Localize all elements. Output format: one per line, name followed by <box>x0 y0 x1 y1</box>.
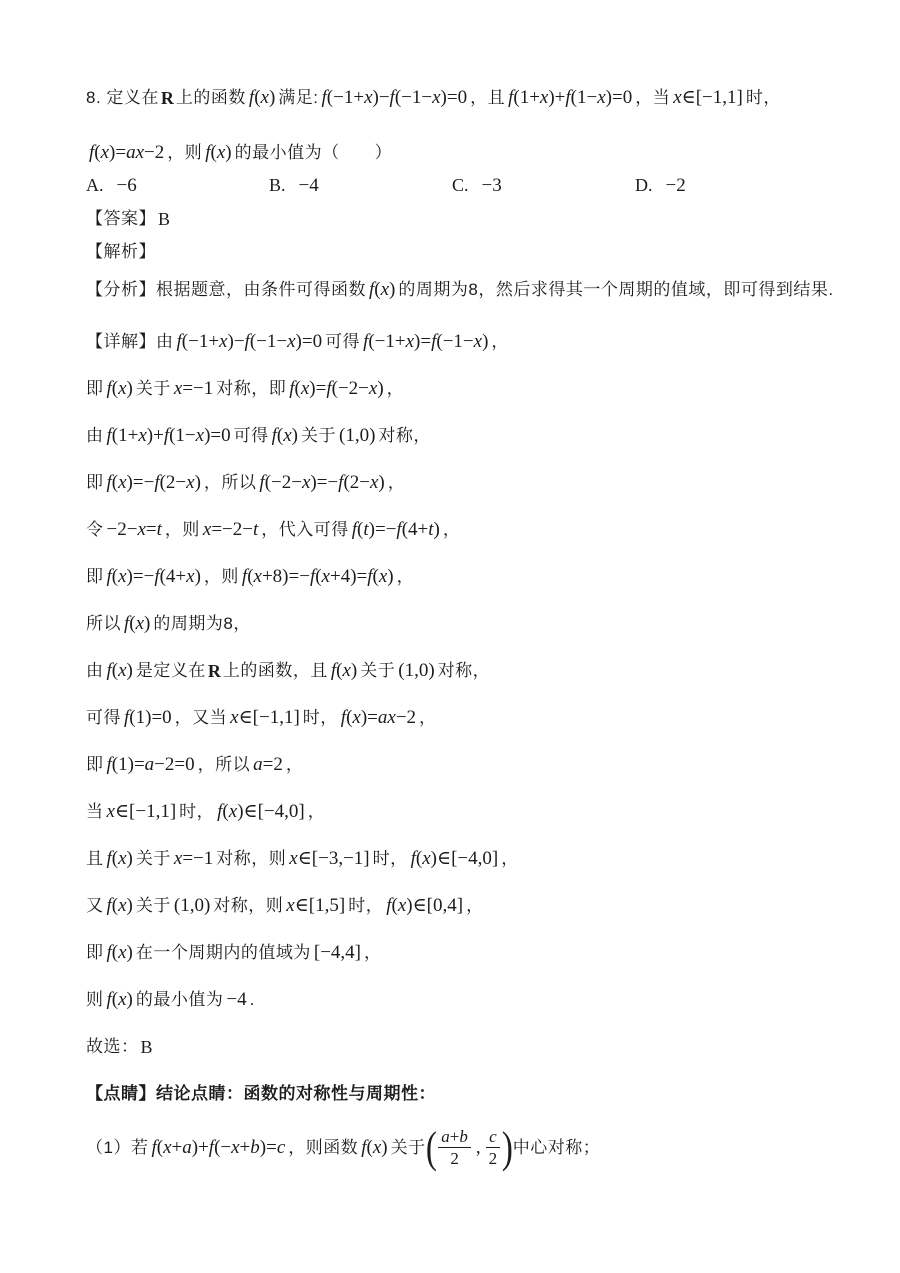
text-run: 关于 <box>391 1137 426 1158</box>
text-run: 由 <box>86 660 104 681</box>
document-page: 8. 定义在R上的函数f(x)满足: f(−1+x)−f(−1−x)=0，且f(… <box>0 0 900 1273</box>
text-run: 时， <box>179 801 214 822</box>
text-run: ，所以 <box>204 472 257 493</box>
big-paren: ( <box>425 1128 436 1168</box>
options-row: A.−6B.−4C.−3D.−2 <box>86 172 845 200</box>
option-value: −3 <box>482 174 502 198</box>
math-run: f(x) <box>107 659 133 683</box>
text-run: 【详解】由 <box>86 331 174 352</box>
text-run: 可得 <box>325 331 360 352</box>
question-line-2: f(x)=ax−2，则f(x)的最小值为（ ） <box>86 139 845 167</box>
text-run: ， <box>387 378 405 399</box>
text-run: 所以 <box>86 613 121 634</box>
text-run: 时， <box>373 848 408 869</box>
math-run: f(x) <box>272 424 298 448</box>
option-C: C.−3 <box>452 174 635 198</box>
overview-line: 【分析】根据题意，由条件可得函数f(x)的周期为8，然后求得其一个周期的值域，即… <box>86 276 845 304</box>
math-run: f(x) <box>107 894 133 918</box>
text-run: 对称，则 <box>216 848 286 869</box>
text-run: 即 <box>86 942 104 963</box>
text-run: 【分析】根据题意，由条件可得函数 <box>86 279 366 300</box>
fraction: c2 <box>486 1127 501 1168</box>
math-run: f(x) <box>107 847 133 871</box>
math-run: f(x)=ax−2 <box>89 141 164 165</box>
math-run: f(x)=f(−2−x) <box>289 377 383 401</box>
solution-line: 令−2−x=t，则x=−2−t，代入可得f(t)=−f(4+t)， <box>86 516 845 544</box>
text-run: 的周期为8， <box>153 613 250 634</box>
math-run: f(x) <box>107 988 133 1012</box>
math-run: f(−1+x)−f(−1−x)=0 <box>322 86 468 110</box>
math-run: (1,0) <box>339 424 375 448</box>
math-run: f(t)=−f(4+t) <box>352 518 440 542</box>
solution-line: 即f(x)在一个周期内的值域为[−4,4]， <box>86 939 845 967</box>
text-run: ，当 <box>635 87 670 108</box>
math-run: f(x)∈[−4,0] <box>217 800 305 824</box>
option-label: A. <box>86 174 104 197</box>
option-B: B.−4 <box>269 174 452 198</box>
solution-line: 即f(x)=−f(4+x)，则f(x+8)=−f(x+4)=f(x)， <box>86 563 845 591</box>
text-run: ，则 <box>204 566 239 587</box>
text-run: 是定义在 <box>136 660 206 681</box>
solution-line: 【详解】由f(−1+x)−f(−1−x)=0可得f(−1+x)=f(−1−x)， <box>86 328 845 356</box>
analysis-label-line: 【解析】 <box>86 238 845 266</box>
solution-line: 则f(x)的最小值为−4. <box>86 986 845 1014</box>
solution-line: 且f(x)关于x=−1对称，则x∈[−3,−1]时，f(x)∈[−4,0]， <box>86 845 845 873</box>
text-run: 8. 定义在 <box>86 87 159 108</box>
math-run: f(x) <box>369 278 395 302</box>
option-label: B. <box>269 174 286 197</box>
text-run: ， <box>364 942 382 963</box>
bold-symbol: R <box>208 660 221 683</box>
math-run: −2−x=t <box>107 518 162 542</box>
text-run: 关于 <box>136 895 171 916</box>
math-run: x∈[−1,1] <box>230 706 300 730</box>
text-run: ，则 <box>167 142 202 163</box>
math-run: x∈[−3,−1] <box>289 847 369 871</box>
math-run: f(x) <box>331 659 357 683</box>
text-run: ， <box>466 895 484 916</box>
text-run: 【点睛】结论点睛：函数的对称性与周期性： <box>86 1083 436 1104</box>
fraction-denominator: 2 <box>486 1147 501 1169</box>
option-value: −6 <box>117 174 137 198</box>
text-run: 关于 <box>136 378 171 399</box>
text-run: ，则函数 <box>288 1137 358 1158</box>
option-label: C. <box>452 174 469 197</box>
text-run: 对称， <box>438 660 491 681</box>
math-run: f(x)=ax−2 <box>341 706 416 730</box>
math-run: (1,0) <box>174 894 210 918</box>
text-run: ，又当 <box>175 707 228 728</box>
option-value: −2 <box>666 174 686 198</box>
fraction-numerator: c <box>486 1127 500 1147</box>
text-run: 令 <box>86 519 104 540</box>
text-run: 又 <box>86 895 104 916</box>
math-run: f(x+8)=−f(x+4)=f(x) <box>242 565 394 589</box>
text-run: 可得 <box>234 425 269 446</box>
text-run: 故选： <box>86 1036 139 1057</box>
text-run: ， <box>443 519 461 540</box>
text-run: 对称，即 <box>216 378 286 399</box>
document-body: 8. 定义在R上的函数f(x)满足: f(−1+x)−f(−1−x)=0，且f(… <box>86 84 845 1168</box>
text-run: 上的函数，且 <box>223 660 328 681</box>
text-run: 【解析】 <box>86 241 156 262</box>
math-run: [−4,4] <box>314 941 361 965</box>
roman-run: B <box>141 1036 153 1059</box>
text-run: 可得 <box>86 707 121 728</box>
math-run: x=−1 <box>174 377 213 401</box>
text-run: ，代入可得 <box>261 519 349 540</box>
text-run: 的最小值为 <box>136 989 224 1010</box>
answer-line: 【答案】B <box>86 205 845 233</box>
math-run: f(x) <box>107 941 133 965</box>
solution-line: 由f(1+x)+f(1−x)=0可得f(x)关于(1,0)对称， <box>86 422 845 450</box>
math-run: f(x)=−f(4+x) <box>107 565 201 589</box>
text-run: 时， <box>303 707 338 728</box>
option-A: A.−6 <box>86 174 269 198</box>
text-run: 满足: <box>278 87 318 108</box>
text-run: 【答案】 <box>86 208 156 229</box>
text-run: 即 <box>86 566 104 587</box>
question-line-1: 8. 定义在R上的函数f(x)满足: f(−1+x)−f(−1−x)=0，且f(… <box>86 84 845 112</box>
fraction-denominator: 2 <box>438 1147 471 1169</box>
solution-line: 当x∈[−1,1]时，f(x)∈[−4,0]， <box>86 798 845 826</box>
text-run: 的周期为8，然后求得其一个周期的值域，即可得到结果. <box>398 279 833 300</box>
math-run: f(1+x)+f(1−x)=0 <box>107 424 231 448</box>
math-run: −4 <box>226 988 246 1012</box>
solution-line: 即f(1)=a−2=0，所以a=2， <box>86 751 845 779</box>
math-run: x∈[−1,1] <box>673 86 743 110</box>
fraction: a+b2 <box>438 1127 471 1168</box>
math-run: f(x) <box>361 1136 387 1160</box>
big-paren: ) <box>502 1128 513 1168</box>
text-run: 时， <box>746 87 781 108</box>
option-D: D.−2 <box>635 174 689 198</box>
text-run: 时， <box>348 895 383 916</box>
text-run: ，所以 <box>198 754 251 775</box>
roman-run: B <box>158 208 170 231</box>
text-run: 对称， <box>378 425 431 446</box>
text-run: ， <box>388 472 406 493</box>
math-run: f(x) <box>107 377 133 401</box>
text-run: 关于 <box>360 660 395 681</box>
option-value: −4 <box>299 174 319 198</box>
math-run: x=−2−t <box>203 518 258 542</box>
solution-line: 即f(x)关于x=−1对称，即f(x)=f(−2−x)， <box>86 375 845 403</box>
text-run: ，且 <box>470 87 505 108</box>
text-run: （1）若 <box>86 1137 148 1158</box>
text-run: 在一个周期内的值域为 <box>136 942 311 963</box>
solution-line: 由f(x)是定义在R上的函数，且f(x)关于(1,0)对称， <box>86 657 845 685</box>
text-run: ， <box>286 754 304 775</box>
solution-line: 所以f(x)的周期为8， <box>86 610 845 638</box>
bold-symbol: R <box>161 87 174 110</box>
conclusion-line: 故选：B <box>86 1033 845 1061</box>
text-run: 关于 <box>301 425 336 446</box>
fraction-numerator: a+b <box>438 1127 471 1147</box>
text-run: 由 <box>86 425 104 446</box>
text-run: ， <box>501 848 519 869</box>
option-label: D. <box>635 174 653 197</box>
text-run: ， <box>397 566 415 587</box>
keypoint-line: 【点睛】结论点睛：函数的对称性与周期性： <box>86 1080 845 1108</box>
math-run: x=−1 <box>174 847 213 871</box>
math-run: f(x) <box>124 612 150 636</box>
math-run: f(x)∈[−4,0] <box>411 847 499 871</box>
math-run: (1,0) <box>398 659 434 683</box>
text-run: 当 <box>86 801 104 822</box>
solution-line: 可得f(1)=0，又当x∈[−1,1]时，f(x)=ax−2， <box>86 704 845 732</box>
text-run: 关于 <box>136 848 171 869</box>
math-run: f(1)=a−2=0 <box>107 753 195 777</box>
math-run: f(1)=0 <box>124 706 172 730</box>
math-run: f(x+a)+f(−x+b)=c <box>151 1136 285 1160</box>
math-run: f(−1+x)=f(−1−x) <box>363 330 488 354</box>
math-run: f(x) <box>249 86 275 110</box>
text-run: 且 <box>86 848 104 869</box>
text-run: 则 <box>86 989 104 1010</box>
text-run: ，则 <box>165 519 200 540</box>
text-run: ， <box>308 801 326 822</box>
math-run: x∈[−1,1] <box>107 800 177 824</box>
math-run: f(−1+x)−f(−1−x)=0 <box>177 330 323 354</box>
text-run: ， <box>419 707 437 728</box>
text-run: 中心对称； <box>513 1137 601 1158</box>
math-run: f(x) <box>205 141 231 165</box>
keypoint-item-line: （1）若f(x+a)+f(−x+b)=c，则函数f(x)关于(a+b2,c2)中… <box>86 1127 845 1168</box>
math-run: f(x)∈[0,4] <box>386 894 463 918</box>
math-run: f(1+x)+f(1−x)=0 <box>508 86 632 110</box>
math-run: f(x)=−f(2−x) <box>107 471 201 495</box>
solution-line: 又f(x)关于(1,0)对称，则x∈[1,5]时，f(x)∈[0,4]， <box>86 892 845 920</box>
text-run: 即 <box>86 754 104 775</box>
math-run: f(−2−x)=−f(2−x) <box>259 471 384 495</box>
text-run: ， <box>491 331 509 352</box>
text-run: 对称，则 <box>213 895 283 916</box>
solution-line: 即f(x)=−f(2−x)，所以f(−2−x)=−f(2−x)， <box>86 469 845 497</box>
math-run: , <box>476 1136 481 1160</box>
math-run: a=2 <box>253 753 283 777</box>
text-run: 即 <box>86 378 104 399</box>
text-run: 即 <box>86 472 104 493</box>
text-run: 上的函数 <box>176 87 246 108</box>
math-run: x∈[1,5] <box>286 894 345 918</box>
text-run: 的最小值为（ ） <box>235 142 393 163</box>
text-run: . <box>250 989 255 1010</box>
